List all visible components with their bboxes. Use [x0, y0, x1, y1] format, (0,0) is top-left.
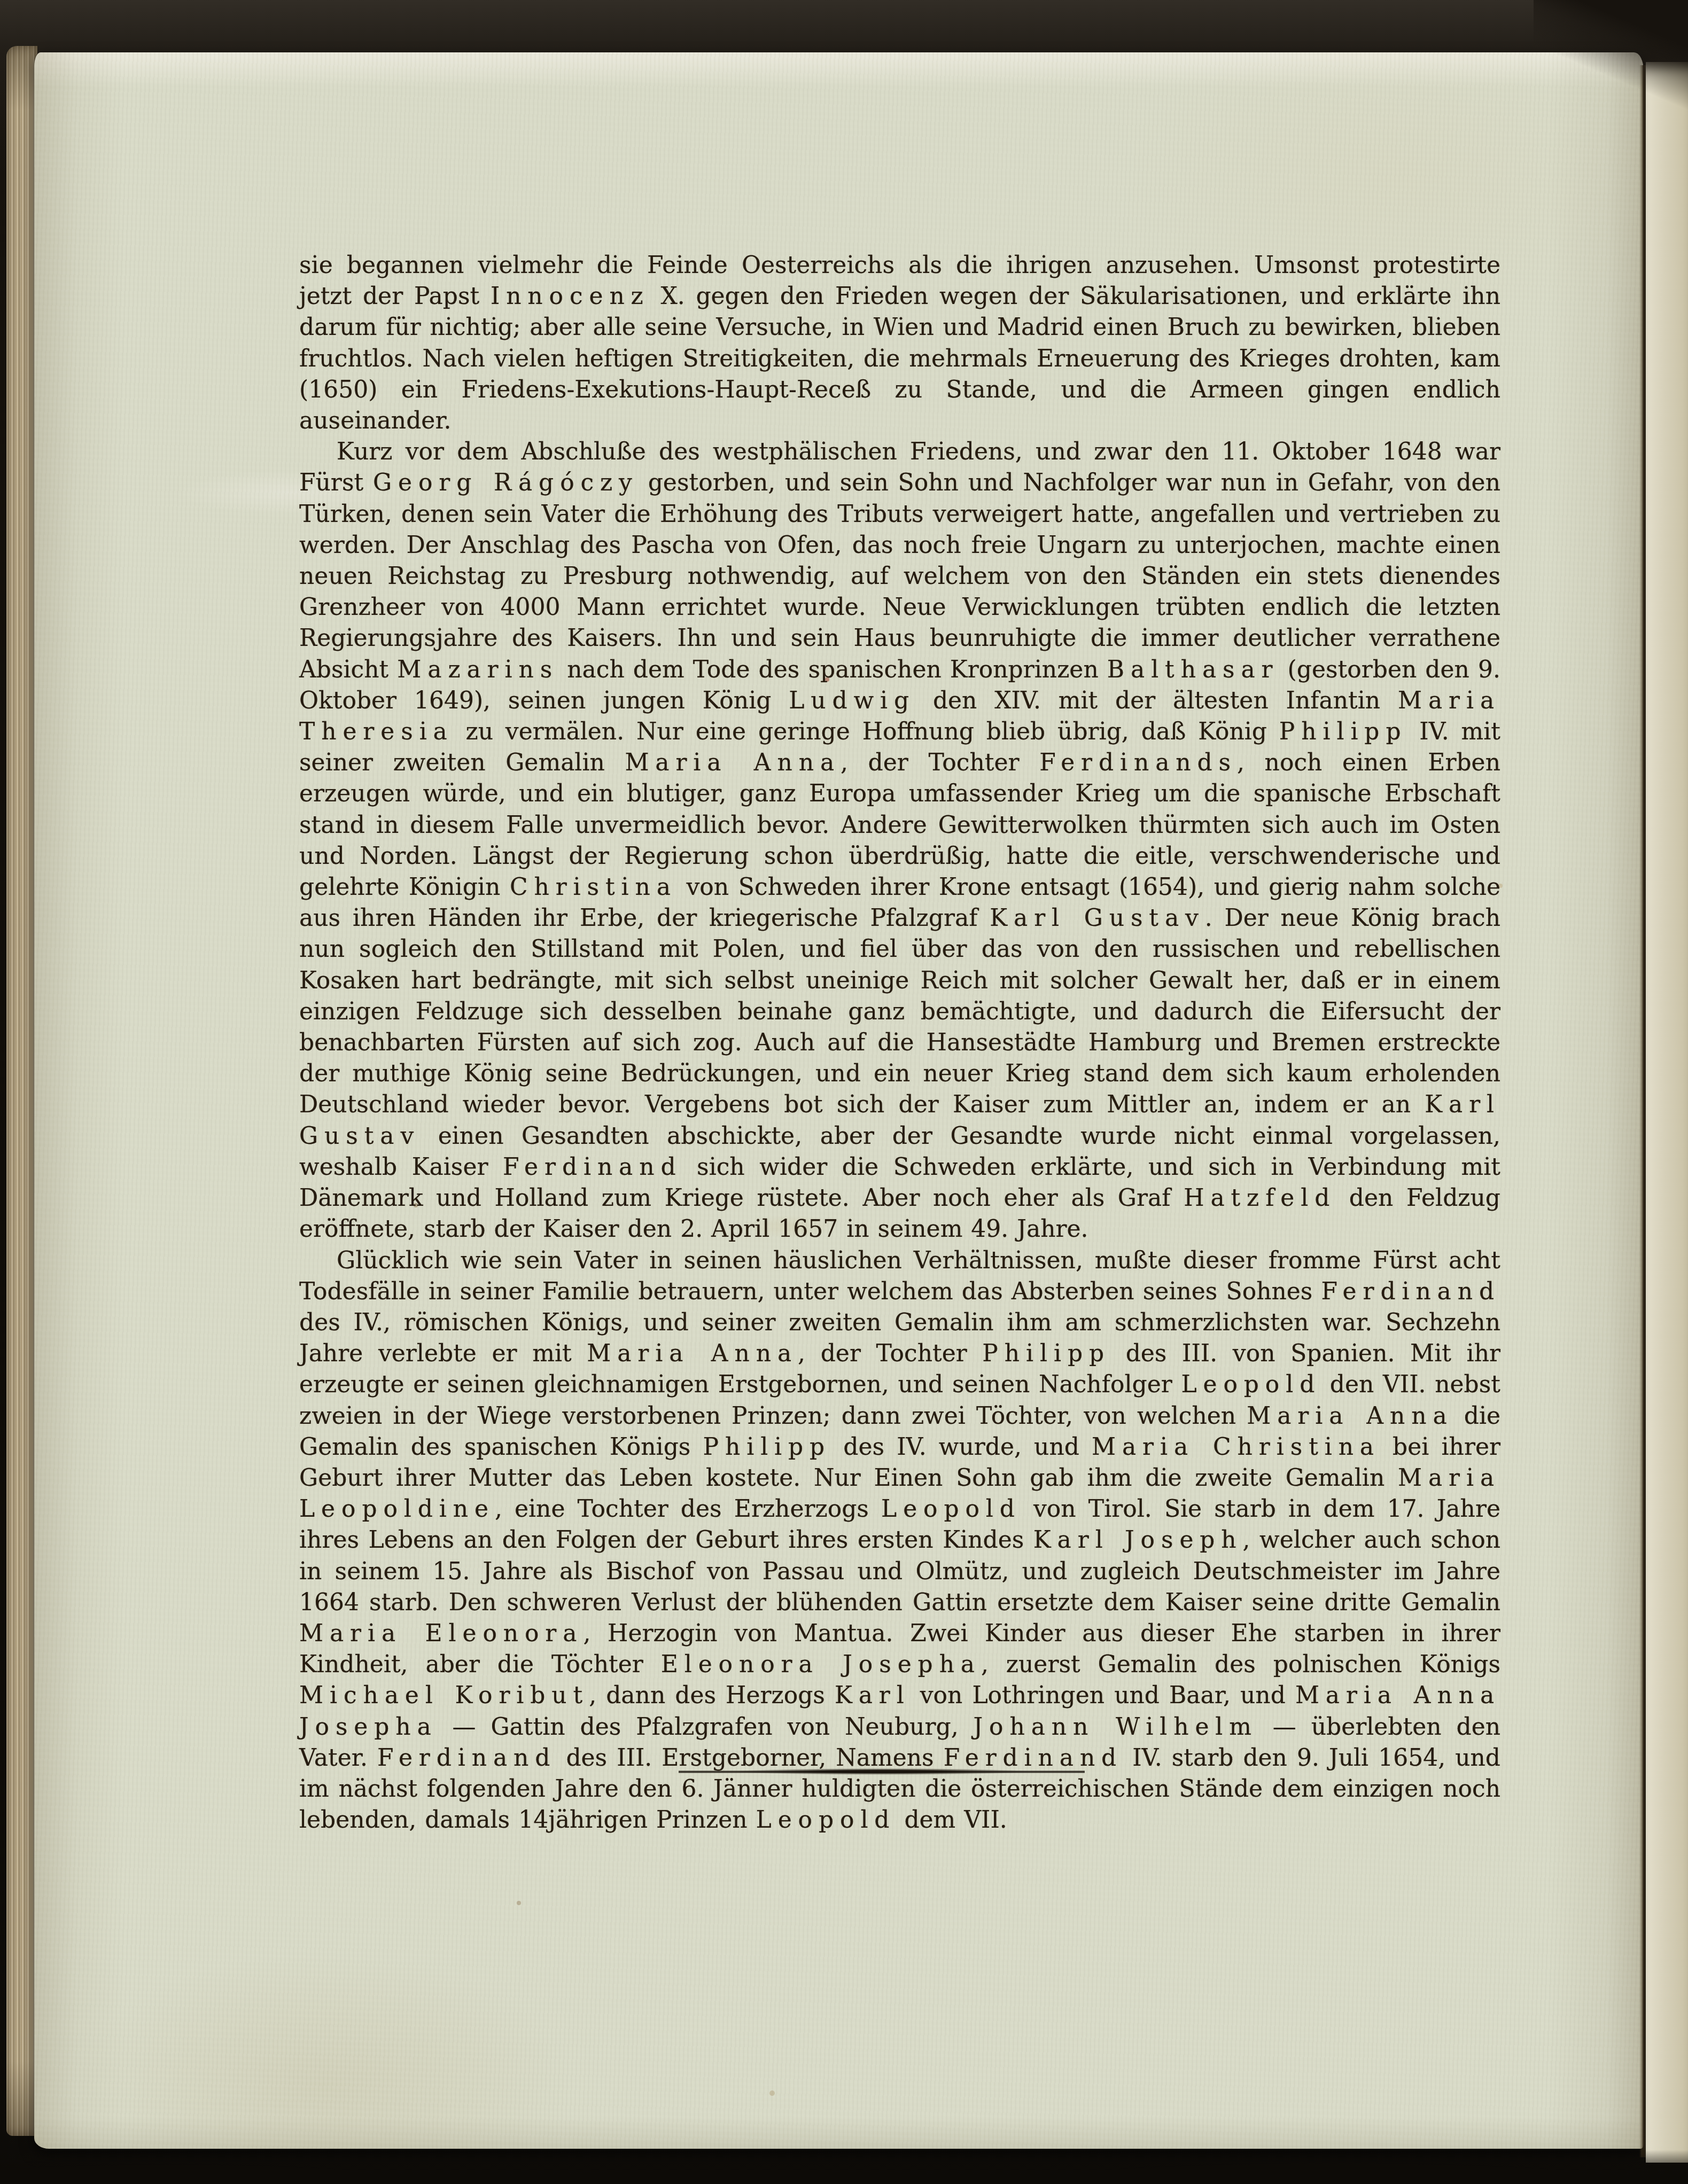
person-name: Christina — [510, 873, 677, 901]
body-text: , eine Tochter des Erzherzogs — [495, 1495, 881, 1523]
body-text: des IV. wurde, und — [831, 1433, 1092, 1461]
person-name: Philipp — [703, 1433, 831, 1461]
page-text: sie begannen vielmehr die Feinde Oesterr… — [299, 250, 1500, 1836]
person-name: Mazarins — [397, 656, 558, 683]
person-name: Ferdinand — [503, 1153, 682, 1181]
person-name: Ludwig — [789, 687, 915, 714]
body-text: . Der neue König brach nun sogleich den … — [299, 904, 1500, 1118]
page-corner-shadow — [1534, 0, 1688, 134]
person-name: Maria Eleonora — [299, 1620, 583, 1647]
person-name: Maria Anna — [1247, 1402, 1453, 1430]
paragraph: Glücklich wie sein Vater in seinen häusl… — [299, 1245, 1500, 1836]
person-name: Maria Anna — [587, 1340, 798, 1367]
body-text: , dann des Herzogs — [589, 1682, 835, 1709]
person-name: Leopold — [1181, 1371, 1321, 1398]
paper-stains — [34, 52, 36, 54]
next-page-edge — [1646, 62, 1688, 2163]
page-edge-stack — [6, 46, 37, 2136]
person-name: Philipp — [1279, 718, 1407, 745]
body-text: gestorben, und sein Sohn und Nachfolger … — [299, 469, 1500, 683]
person-name: Hatzfeld — [1184, 1184, 1336, 1212]
person-name: Ferdinand — [377, 1744, 556, 1772]
person-name: Karl Joseph — [1033, 1526, 1243, 1554]
person-name: Leopold — [881, 1495, 1021, 1523]
person-name: Karl — [835, 1682, 911, 1709]
person-name: Maria Anna — [625, 749, 841, 776]
body-text: den XIV. mit der ältesten Infantin — [915, 687, 1398, 714]
body-text: , der Tochter — [841, 749, 1039, 776]
person-name: Philipp — [982, 1340, 1110, 1367]
person-name: Leopold — [756, 1806, 896, 1834]
person-name: Ferdinands — [1039, 749, 1237, 776]
person-name: Eleonora Josepha — [661, 1651, 981, 1678]
body-text: nach dem Tode des spanischen Kronprinzen — [558, 656, 1107, 683]
person-name: Maria Christina — [1092, 1433, 1380, 1461]
section-divider-rule — [679, 1766, 1085, 1777]
body-text: von Lothringen und Baar, und — [911, 1682, 1295, 1709]
person-name: Johann Wilhelm — [974, 1713, 1258, 1741]
person-name: Innocenz — [491, 283, 650, 310]
book-scan: sie begannen vielmehr die Feinde Oesterr… — [0, 0, 1688, 2184]
paragraph: Kurz vor dem Abschluße des westphälische… — [299, 436, 1500, 1245]
person-name: Ferdinand — [1321, 1278, 1500, 1305]
bottom-edge-shadow — [0, 2115, 1688, 2184]
person-name: Michael Koribut — [299, 1682, 589, 1709]
paragraph: sie begannen vielmehr die Feinde Oesterr… — [299, 250, 1500, 436]
body-text: dem VII. — [896, 1806, 1007, 1834]
body-text: — Gattin des Pfalzgrafen von Neuburg, — [438, 1713, 974, 1741]
body-text: zu vermälen. Nur eine geringe Hoffnung b… — [454, 718, 1279, 745]
body-text: , zuerst Gemalin des polnischen Königs — [981, 1651, 1500, 1678]
person-name: Karl Gustav — [990, 904, 1204, 932]
person-name: Georg Rágóczy — [373, 469, 639, 496]
body-text: Glücklich wie sein Vater in seinen häusl… — [299, 1247, 1500, 1305]
body-text: , der Tochter — [798, 1340, 982, 1367]
person-name: Balthasar — [1107, 656, 1279, 683]
